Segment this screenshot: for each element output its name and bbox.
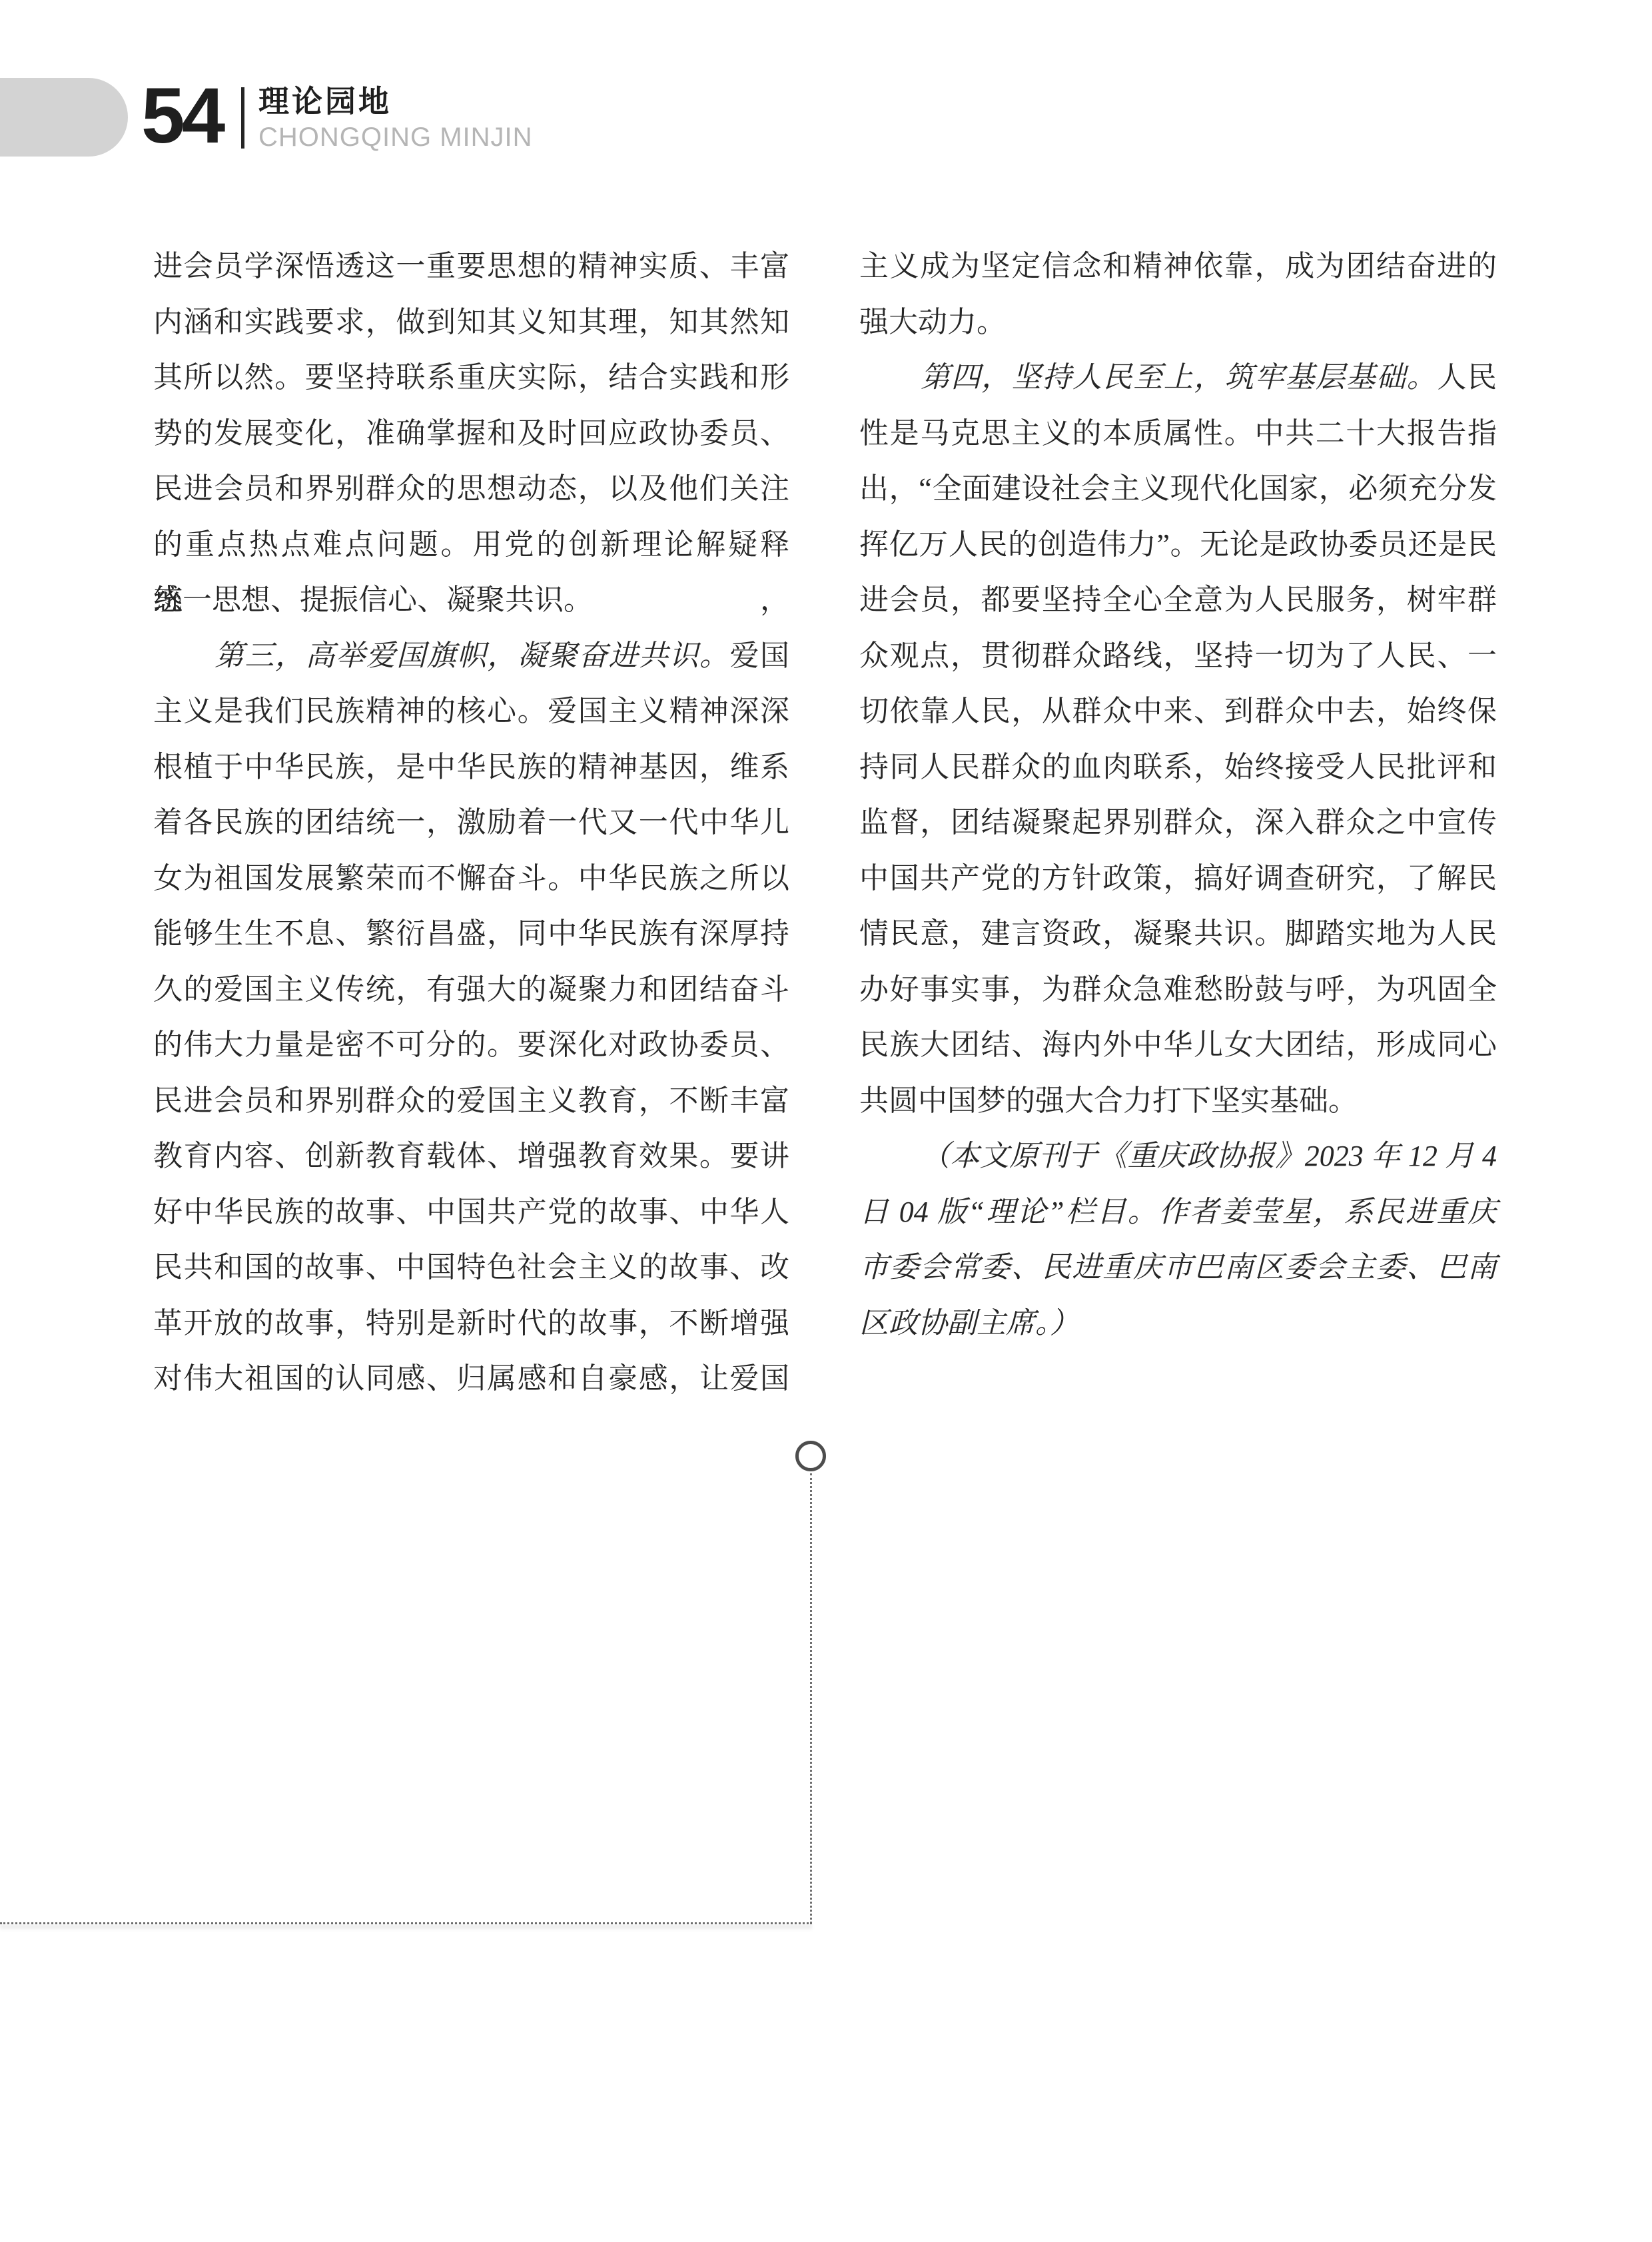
text-segment: 众观点，贯彻群众路线，坚持一切为了人民、一 (859, 639, 1497, 672)
text-segment: 久的爱国主义传统，有强大的凝聚力和团结奋斗 (153, 973, 789, 1006)
text-segment: 好中华民族的故事、中国共产党的故事、中华人 (153, 1196, 789, 1228)
text-line: 共圆中国梦的强大合力打下坚实基础。 (859, 1073, 1497, 1129)
text-segment: 根植于中华民族，是中华民族的精神基因，维系 (153, 751, 789, 783)
left-column: 进会员学深悟透这一重要思想的精神实质、丰富内涵和实践要求，做到知其义知其理，知其… (153, 238, 789, 1407)
text-segment: 切依靠人民，从群众中来、到群众中去，始终保 (859, 695, 1497, 727)
text-segment: 进会员，都要坚持全心全意为人民服务，树牢群 (859, 583, 1497, 616)
text-segment: 强大动力。 (859, 306, 1006, 338)
text-line: 办好事实事，为群众急难愁盼鼓与呼，为巩固全 (859, 962, 1497, 1018)
text-line: 女为祖国发展繁荣而不懈奋斗。中华民族之所以 (153, 851, 789, 907)
text-line: 着各民族的团结统一，激励着一代又一代中华儿 (153, 795, 789, 851)
text-segment: 民进会员和界别群众的思想动态，以及他们关注 (153, 472, 789, 505)
text-segment: 主义是我们民族精神的核心。爱国主义精神深深 (153, 695, 789, 727)
text-line: 市委会常委、民进重庆市巴南区委会主委、巴南 (859, 1240, 1497, 1296)
text-line: 性是马克思主义的本质属性。中共二十大报告指 (859, 406, 1497, 462)
text-line: 监督，团结凝聚起界别群众，深入群众之中宣传 (859, 795, 1497, 851)
text-line: 的伟大力量是密不可分的。要深化对政协委员、 (153, 1017, 789, 1073)
text-line: 的重点热点难点问题。用党的创新理论解疑释惑， (153, 517, 789, 573)
text-line: 教育内容、创新教育载体、增强教育效果。要讲 (153, 1128, 789, 1184)
text-segment: 能够生生不息、繁衍昌盛，同中华民族有深厚持 (153, 917, 789, 950)
right-column: 主义成为坚定信念和精神依靠，成为团结奋进的强大动力。第四，坚持人民至上，筑牢基层… (859, 238, 1497, 1351)
section-title: 理论园地 (258, 85, 392, 118)
journal-name: CHONGQING MINJIN (258, 123, 533, 152)
text-segment: 着各民族的团结统一，激励着一代又一代中华儿 (153, 806, 789, 839)
text-line: 主义成为坚定信念和精神依靠，成为团结奋进的 (859, 238, 1497, 294)
text-line: 第三，高举爱国旗帜，凝聚奋进共识。爱国 (153, 628, 789, 684)
text-segment: 情民意，建言资政，凝聚共识。脚踏实地为人民 (859, 917, 1497, 950)
text-line: 情民意，建言资政，凝聚共识。脚踏实地为人民 (859, 906, 1497, 962)
header-accent-pill (0, 78, 128, 157)
text-line: 民进会员和界别群众的爱国主义教育，不断丰富 (153, 1073, 789, 1129)
text-segment: 的伟大力量是密不可分的。要深化对政协委员、 (153, 1028, 789, 1061)
text-line: 民共和国的故事、中国特色社会主义的故事、改 (153, 1240, 789, 1296)
text-segment: 中国共产党的方针政策，搞好调查研究，了解民 (859, 862, 1497, 895)
kai-text-segment: （本文原刊于《重庆政协报》2023 年 12 月 4 (921, 1140, 1497, 1172)
text-segment: 其所以然。要坚持联系重庆实际，结合实践和形 (153, 361, 789, 394)
kai-text-segment: 第三，高举爱国旗帜，凝聚奋进共识。 (214, 639, 730, 672)
page-number: 54 (141, 83, 222, 149)
text-line: 民族大团结、海内外中华儿女大团结，形成同心 (859, 1017, 1497, 1073)
text-line: 久的爱国主义传统，有强大的凝聚力和团结奋斗 (153, 962, 789, 1018)
text-line: 众观点，贯彻群众路线，坚持一切为了人民、一 (859, 628, 1497, 684)
text-segment: 办好事实事，为群众急难愁盼鼓与呼，为巩固全 (859, 973, 1497, 1006)
text-segment: 人民 (1437, 361, 1497, 394)
text-line: 根植于中华民族，是中华民族的精神基因，维系 (153, 739, 789, 795)
text-segment: 主义成为坚定信念和精神依靠，成为团结奋进的 (859, 250, 1497, 282)
text-segment: 持同人民群众的血肉联系，始终接受人民批评和 (859, 751, 1497, 783)
text-segment: 共圆中国梦的强大合力打下坚实基础。 (859, 1084, 1358, 1117)
text-segment: 挥亿万人民的创造伟力”。无论是政协委员还是民 (859, 528, 1497, 561)
text-line: 持同人民群众的血肉联系，始终接受人民批评和 (859, 739, 1497, 795)
text-segment: 进会员学深悟透这一重要思想的精神实质、丰富 (153, 250, 789, 282)
text-line: 革开放的故事，特别是新时代的故事，不断增强 (153, 1296, 789, 1351)
kai-text-segment: 区政协副主席。） (859, 1307, 1079, 1339)
text-line: 第四，坚持人民至上，筑牢基层基础。人民 (859, 350, 1497, 406)
text-segment: 出，“全面建设社会主义现代化国家，必须充分发 (859, 472, 1497, 505)
text-line: 民进会员和界别群众的思想动态，以及他们关注 (153, 461, 789, 517)
text-segment: 性是马克思主义的本质属性。中共二十大报告指 (859, 417, 1497, 450)
text-line: 出，“全面建设社会主义现代化国家，必须充分发 (859, 461, 1497, 517)
horizontal-line-shadow (0, 1925, 812, 1931)
text-line: 内涵和实践要求，做到知其义知其理，知其然知 (153, 294, 789, 350)
circle-ornament (795, 1441, 826, 1471)
text-line: 进会员，都要坚持全心全意为人民服务，树牢群 (859, 572, 1497, 628)
text-line: 日 04 版“理论”栏目。作者姜莹星，系民进重庆 (859, 1184, 1497, 1240)
kai-text-segment: 市委会常委、民进重庆市巴南区委会主委、巴南 (859, 1251, 1497, 1284)
text-segment: 民进会员和界别群众的爱国主义教育，不断丰富 (153, 1084, 789, 1117)
text-segment: 爱国 (730, 639, 790, 672)
text-line: 区政协副主席。） (859, 1296, 1497, 1351)
text-segment: 民共和国的故事、中国特色社会主义的故事、改 (153, 1251, 789, 1284)
text-line: 主义是我们民族精神的核心。爱国主义精神深深 (153, 683, 789, 739)
text-line: 挥亿万人民的创造伟力”。无论是政协委员还是民 (859, 517, 1497, 573)
text-segment: 革开放的故事，特别是新时代的故事，不断增强 (153, 1307, 789, 1339)
text-segment: 民族大团结、海内外中华儿女大团结，形成同心 (859, 1028, 1497, 1061)
header-divider (241, 87, 244, 149)
text-segment: 内涵和实践要求，做到知其义知其理，知其然知 (153, 306, 789, 338)
text-line: 势的发展变化，准确掌握和及时回应政协委员、 (153, 406, 789, 462)
kai-text-segment: 日 04 版“理论”栏目。作者姜莹星，系民进重庆 (859, 1196, 1497, 1228)
text-segment: 教育内容、创新教育载体、增强教育效果。要讲 (153, 1140, 789, 1172)
text-line: 好中华民族的故事、中国共产党的故事、中华人 (153, 1184, 789, 1240)
text-line: 强大动力。 (859, 294, 1497, 350)
magazine-page: { "header": { "page_number": "54", "sect… (0, 0, 1652, 2242)
text-line: （本文原刊于《重庆政协报》2023 年 12 月 4 (859, 1128, 1497, 1184)
horizontal-dotted-line (0, 1922, 812, 1924)
text-line: 对伟大祖国的认同感、归属感和自豪感，让爱国 (153, 1351, 789, 1407)
text-line: 其所以然。要坚持联系重庆实际，结合实践和形 (153, 350, 789, 406)
text-segment: 对伟大祖国的认同感、归属感和自豪感，让爱国 (153, 1362, 789, 1395)
vertical-dotted-line (810, 1473, 812, 1924)
text-line: 能够生生不息、繁衍昌盛，同中华民族有深厚持 (153, 906, 789, 962)
kai-text-segment: 第四，坚持人民至上，筑牢基层基础。 (921, 361, 1437, 394)
text-line: 切依靠人民，从群众中来、到群众中去，始终保 (859, 683, 1497, 739)
text-segment: 势的发展变化，准确掌握和及时回应政协委员、 (153, 417, 789, 450)
text-line: 进会员学深悟透这一重要思想的精神实质、丰富 (153, 238, 789, 294)
text-segment: 监督，团结凝聚起界别群众，深入群众之中宣传 (859, 806, 1497, 839)
text-line: 中国共产党的方针政策，搞好调查研究，了解民 (859, 851, 1497, 907)
text-segment: 女为祖国发展繁荣而不懈奋斗。中华民族之所以 (153, 862, 789, 895)
text-segment: 统一思想、提振信心、凝聚共识。 (153, 583, 593, 616)
